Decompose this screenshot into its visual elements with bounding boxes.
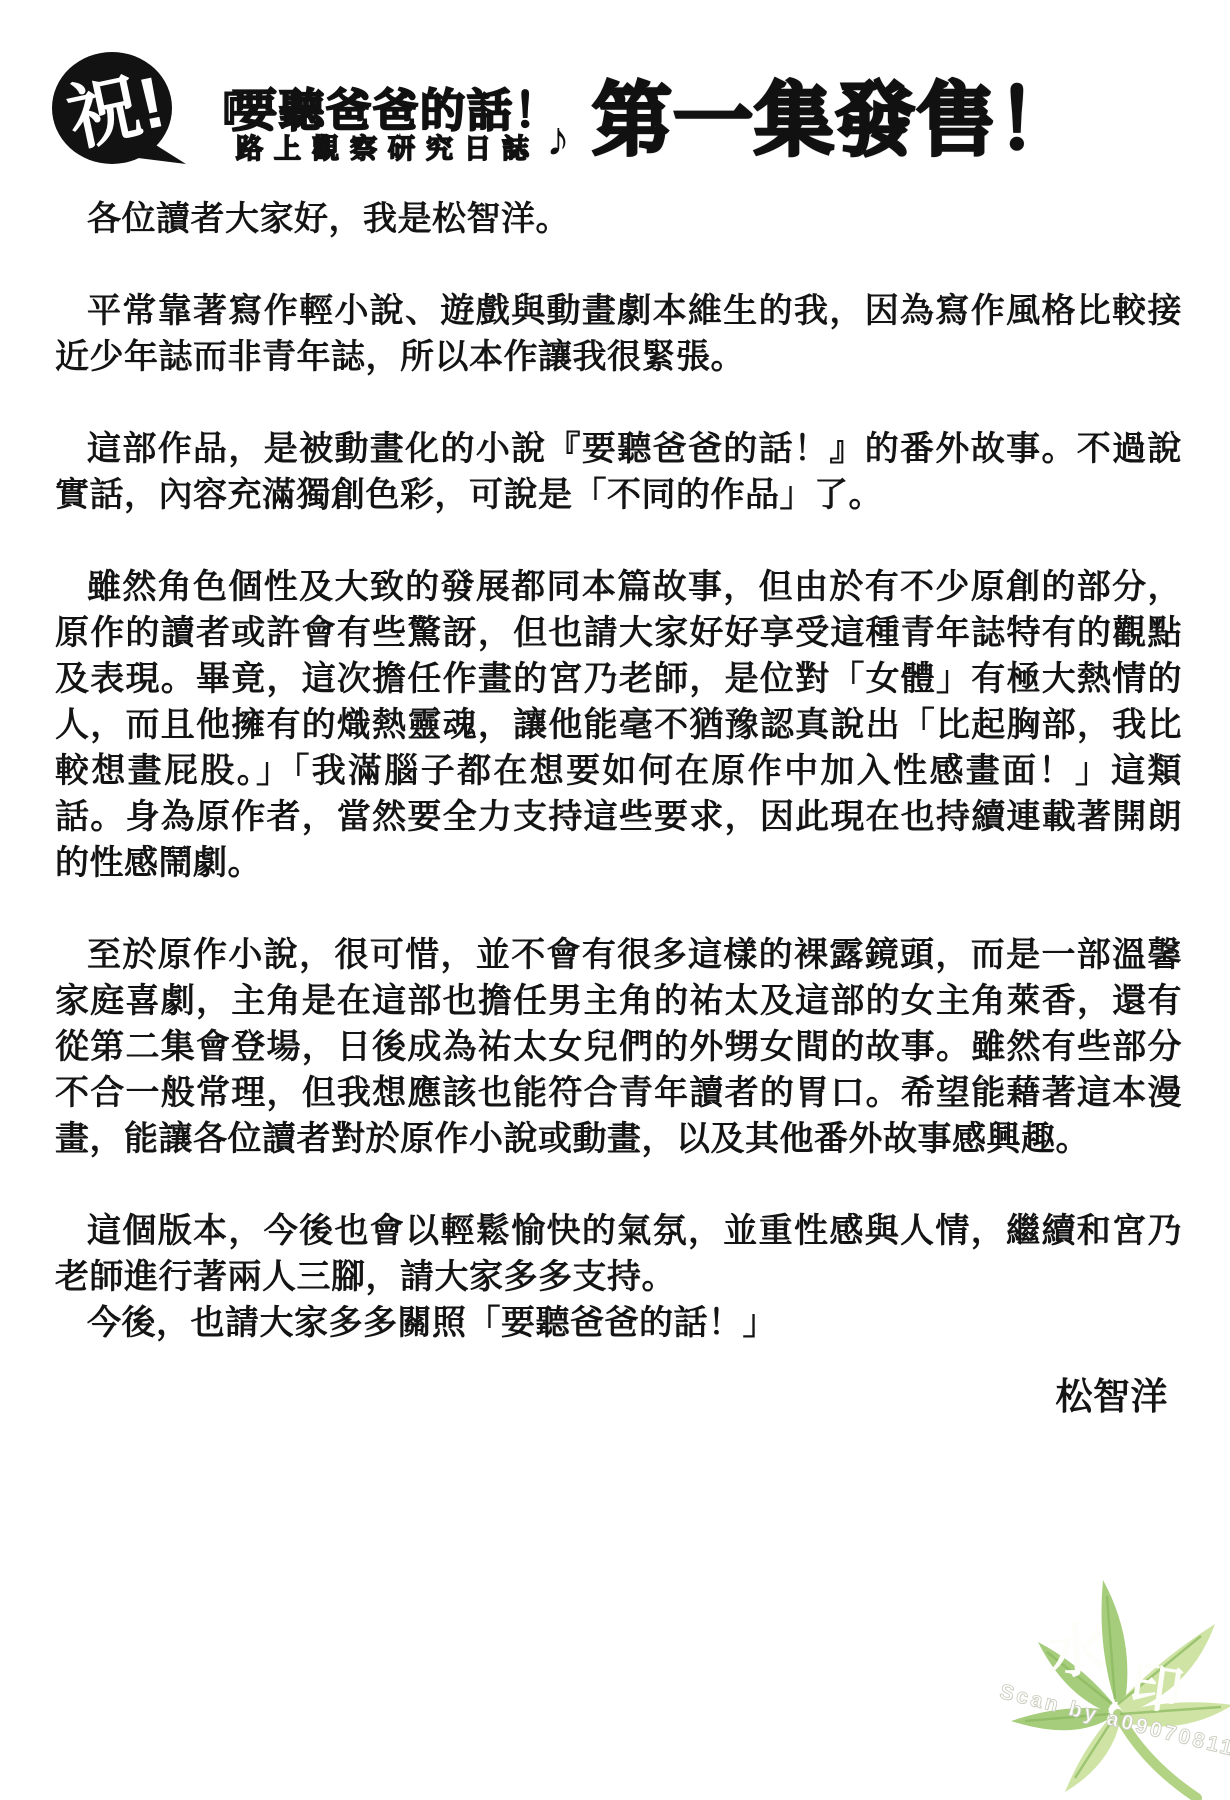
release-announcement: 第一集發售！ xyxy=(592,56,1078,171)
header-banner: 祝! 『 要聽爸爸的話！ 路上觀察研究日誌 ♪ 第一集發售！ xyxy=(0,0,1230,190)
watermark-char-water: 水 xyxy=(1044,1602,1108,1690)
afterword-text: 各位讀者大家好，我是松智洋。 平常靠著寫作輕小說、遊戲與動畫劇本維生的我，因為寫… xyxy=(55,196,1182,1420)
music-note-icon: ♪ xyxy=(546,112,570,167)
paragraph-closing: 今後，也請大家多多關照「要聽爸爸的話！」 xyxy=(55,1300,1182,1346)
paragraph-original: 至於原作小說，很可惜，並不會有很多這樣的裸露鏡頭，而是一部溫馨家庭喜劇，主角是在… xyxy=(55,932,1182,1162)
watermark: 水 印 Scan by a09070811 xyxy=(985,1564,1230,1800)
paragraph-spinoff: 這部作品，是被動畫化的小說『要聽爸爸的話！』的番外故事。不過說實話，內容充滿獨創… xyxy=(55,426,1182,518)
author-signature: 松智洋 xyxy=(55,1374,1182,1420)
paragraph-background: 平常靠著寫作輕小說、遊戲與動畫劇本維生的我，因為寫作風格比較接近少年誌而非青年誌… xyxy=(55,288,1182,380)
paragraph-future: 這個版本，今後也會以輕鬆愉快的氣氛，並重性感與人情，繼續和宮乃老師進行著兩人三腳… xyxy=(55,1208,1182,1300)
paragraph-artist: 雖然角色個性及大致的發展都同本篇故事，但由於有不少原創的部分，原作的讀者或許會有… xyxy=(55,564,1182,886)
series-subtitle: 路上觀察研究日誌 xyxy=(236,127,540,166)
celebration-burst: 祝! xyxy=(50,48,200,173)
scanned-afterword-page: 祝! 『 要聽爸爸的話！ 路上觀察研究日誌 ♪ 第一集發售！ 各位讀者大家好，我… xyxy=(0,0,1230,1800)
paragraph-greeting: 各位讀者大家好，我是松智洋。 xyxy=(55,196,1182,242)
